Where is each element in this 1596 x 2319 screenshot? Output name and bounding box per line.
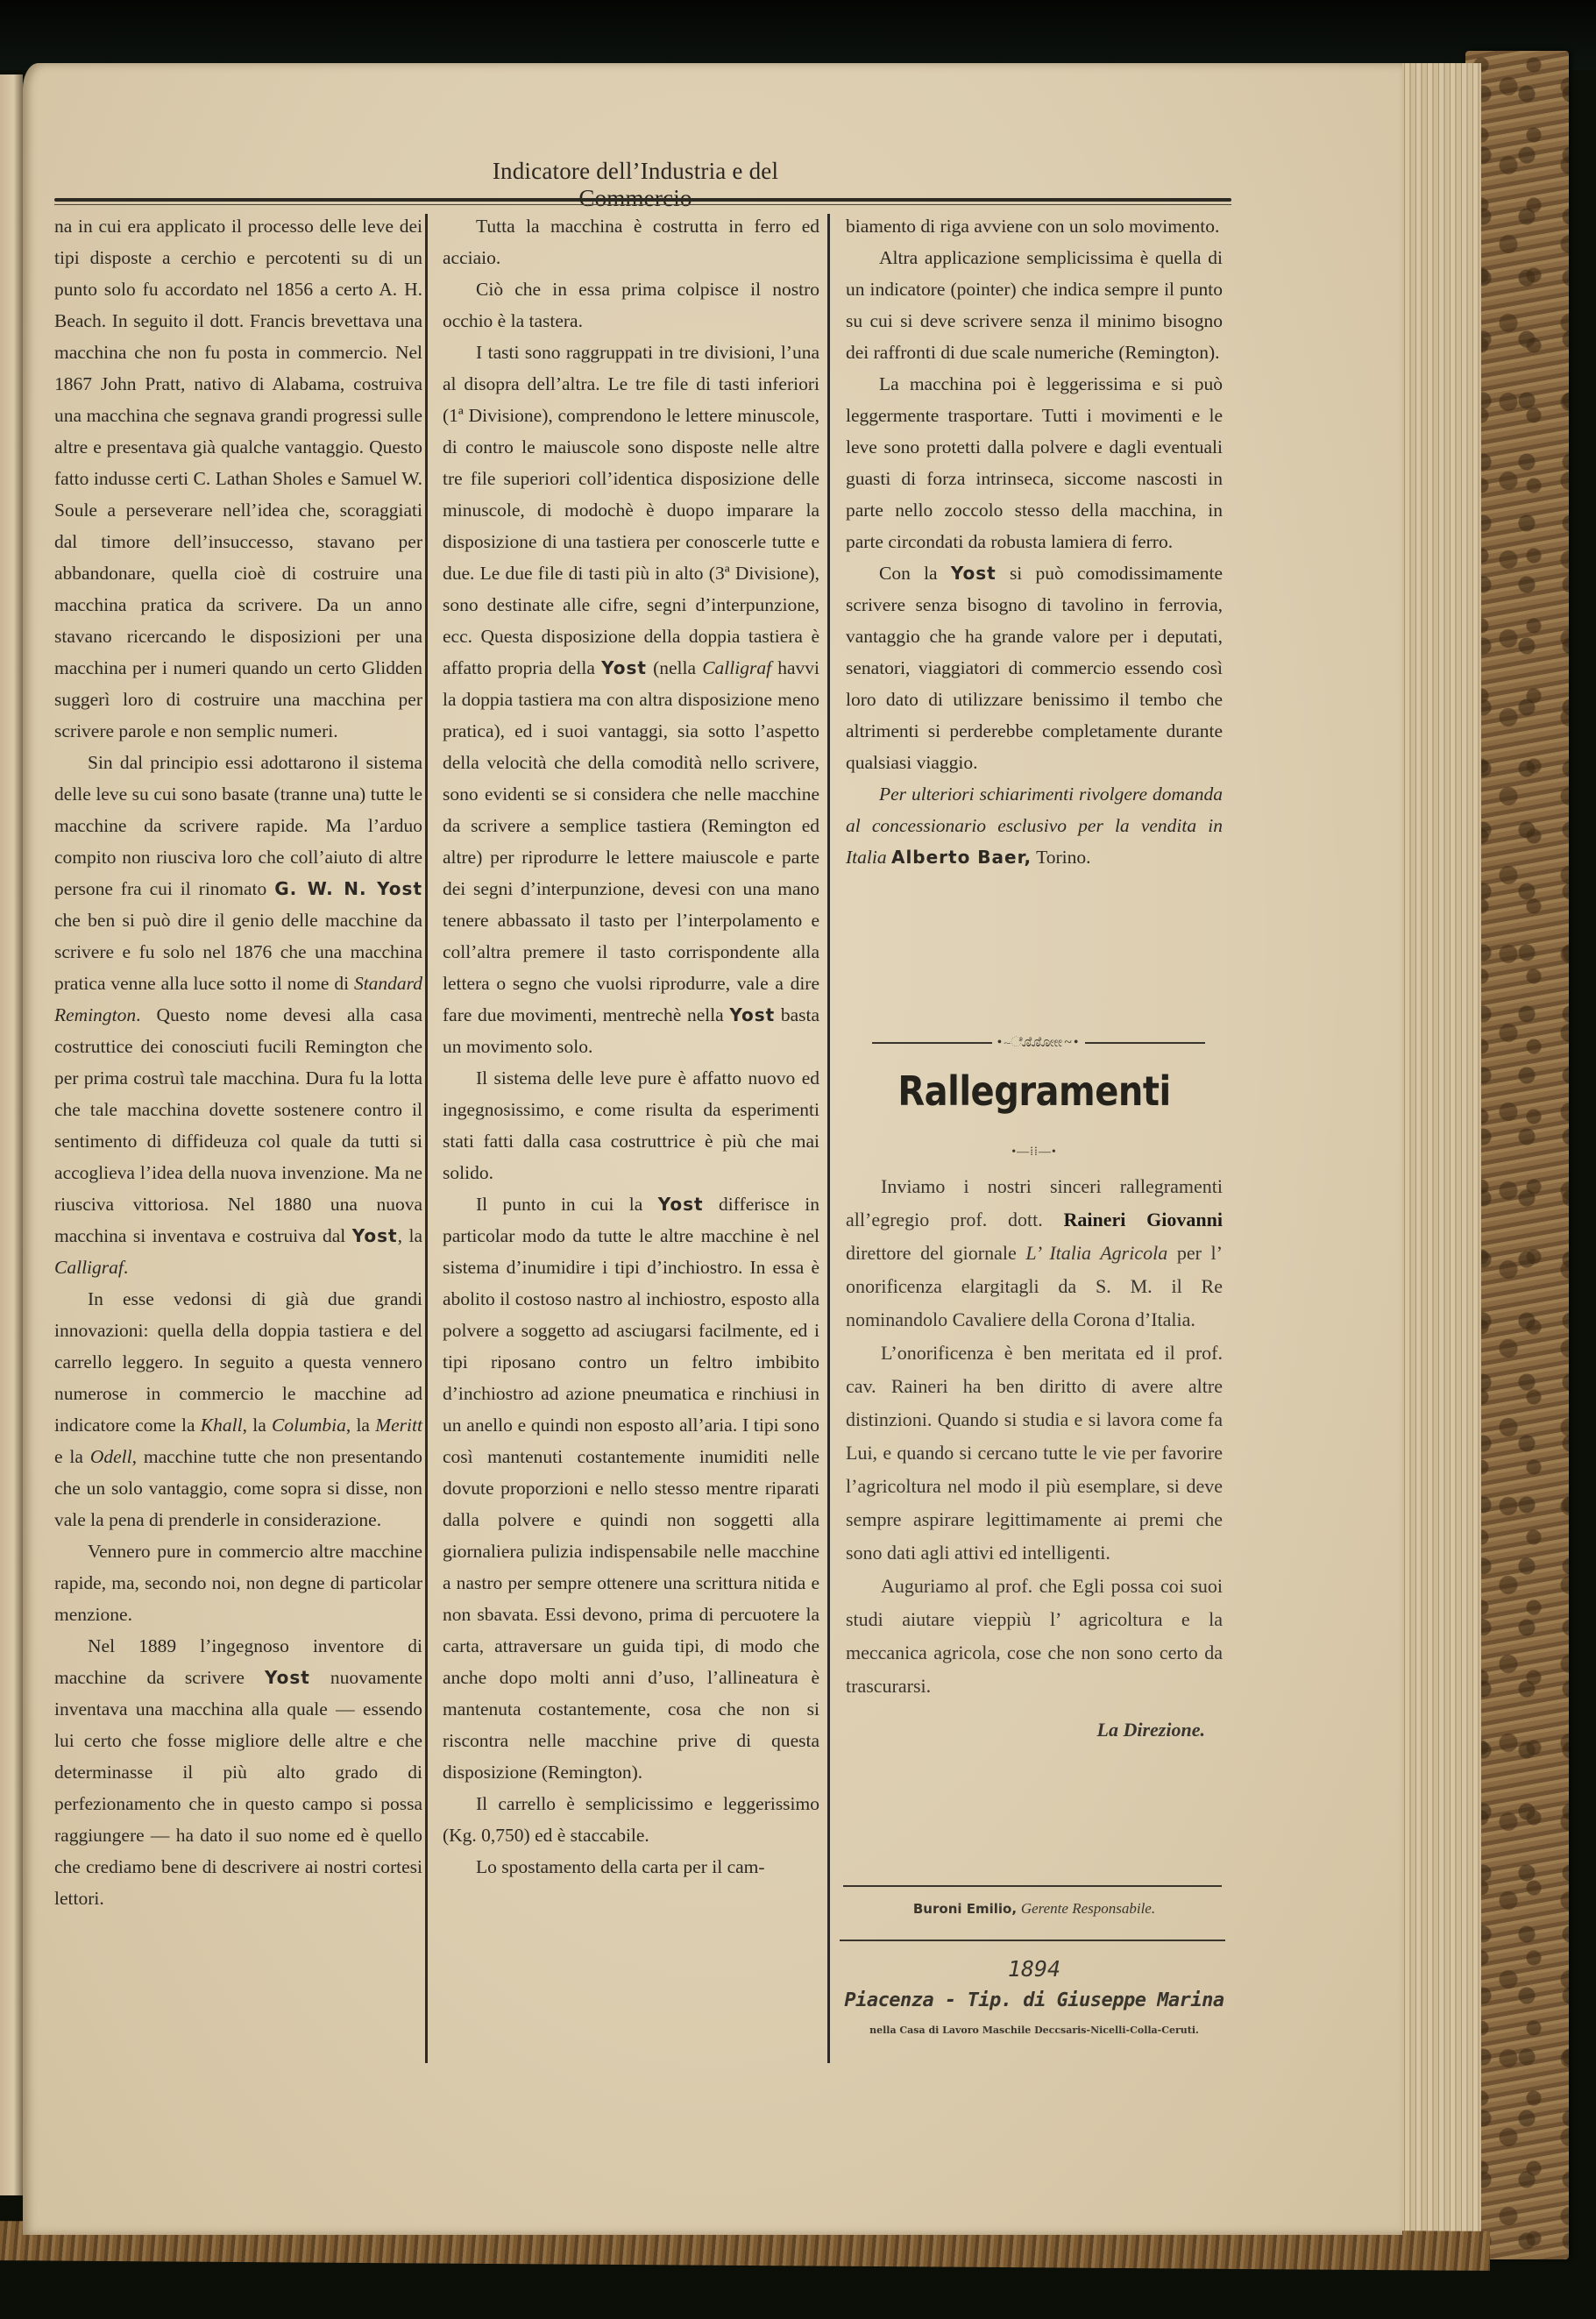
paragraph: Con la Yost si può comodissimamente scri…: [846, 557, 1223, 778]
small-flourish-icon: •—⁞⁞—•: [995, 1145, 1074, 1159]
paragraph: Nel 1889 l’ingegnoso inventore di macchi…: [54, 1630, 422, 1914]
text-run: I tasti sono raggruppati in tre division…: [443, 342, 819, 678]
paragraph: Ciò che in essa prima colpisce il nostro…: [443, 273, 819, 337]
italic-text: Columbia: [272, 1415, 346, 1436]
text-run: differisce in particolar modo da tutte l…: [443, 1194, 819, 1783]
paragraph: Lo spostamento della carta per il cam-: [443, 1851, 819, 1883]
paragraph: I tasti sono raggruppati in tre division…: [443, 337, 819, 1062]
paragraph: Auguriamo al prof. che Egli possa coi su…: [846, 1570, 1223, 1703]
text-run: , la: [398, 1225, 422, 1246]
italic-text: Khall: [201, 1415, 243, 1436]
text-run: direttore del giornale: [846, 1242, 1025, 1264]
responsible-name: Buroni Emilio,: [913, 1901, 1017, 1917]
italic-text: Odell: [90, 1446, 132, 1467]
imprint-rule-top: [843, 1885, 1222, 1887]
text-run: (nella: [647, 657, 702, 678]
paragraph: biamento di riga avviene con un solo mov…: [846, 210, 1223, 242]
paragraph: Vennero pure in commercio altre macchine…: [54, 1535, 422, 1630]
text-run: Ciò che in essa prima colpisce il nostro…: [443, 279, 819, 331]
ornament-line-right: [1085, 1042, 1205, 1044]
paragraph: In esse vedonsi di già due grandi innova…: [54, 1283, 422, 1535]
text-run: In esse vedonsi di già due grandi innova…: [54, 1288, 422, 1436]
text-run: Sin dal principio essi adottarono il sis…: [54, 752, 422, 899]
paragraph: Il sistema delle leve pure è affatto nuo…: [443, 1062, 819, 1188]
text-run: L’onorificenza è ben meritata ed il prof…: [846, 1342, 1223, 1564]
imprint-year: 1894: [846, 1956, 1223, 1982]
text-run: La macchina poi è leggerissima e si può …: [846, 373, 1223, 552]
text-run: Torino.: [1032, 847, 1090, 868]
paragraph: Sin dal principio essi adottarono il sis…: [54, 747, 422, 1283]
section-ornament: •~ೋೋೋ~•: [872, 1037, 1205, 1049]
italic-text: Calligraf: [702, 657, 771, 678]
text-run: na in cui era applicato il processo dell…: [54, 216, 422, 741]
text-run: , la: [346, 1415, 375, 1436]
text-run: si può comodissimamente scrivere senza b…: [846, 563, 1223, 773]
text-run: Il carrello è semplicissimo e leggerissi…: [443, 1793, 819, 1846]
bold-name: Yost: [352, 1225, 398, 1246]
text-run: .: [124, 1257, 128, 1278]
paragraph: La macchina poi è leggerissima e si può …: [846, 368, 1223, 557]
paragraph: Il carrello è semplicissimo e leggerissi…: [443, 1788, 819, 1851]
scan-background: [0, 0, 1596, 70]
imprint-rule-bottom: [840, 1940, 1225, 1941]
paragraph: L’onorificenza è ben meritata ed il prof…: [846, 1337, 1223, 1570]
bold-name: Yost: [601, 657, 647, 678]
column-rule-left: [425, 214, 428, 2063]
text-run: , la: [243, 1415, 272, 1436]
bold-name: Yost: [729, 1004, 775, 1025]
text-run: Il sistema delle leve pure è affatto nuo…: [443, 1067, 819, 1183]
page-stack-edge: [1394, 63, 1481, 2237]
text-run: Il punto in cui la: [476, 1194, 658, 1215]
bold-name: Yost: [658, 1194, 704, 1215]
ornament-line-left: [872, 1042, 992, 1044]
paragraph: Per ulteriori schiarimenti rivolgere dom…: [846, 778, 1223, 873]
paragraph: Il punto in cui la Yost differisce in pa…: [443, 1188, 819, 1788]
imprint-printer: Piacenza - Tip. di Giuseppe Marina: [837, 1989, 1231, 2011]
bold-name: G. W. N. Yost: [274, 878, 422, 899]
signature: La Direzione.: [846, 1713, 1223, 1747]
text-run: Altra applicazione semplicissima è quell…: [846, 247, 1223, 363]
flourish-icon: •~ೋೋೋ~•: [992, 1035, 1086, 1051]
text-run: . Questo nome devesi alla casa costrutti…: [54, 1004, 422, 1246]
rallegramenti-article: Inviamo i nostri sinceri rallegramenti a…: [846, 1170, 1223, 1747]
right-column: biamento di riga avviene con un solo mov…: [846, 210, 1223, 873]
middle-column: Tutta la macchina è costrutta in ferro e…: [443, 210, 819, 1883]
text-run: Auguriamo al prof. che Egli possa coi su…: [846, 1575, 1223, 1697]
section-title: Rallegramenti: [846, 1069, 1223, 1116]
italic-text: L’ Italia Agricola: [1025, 1242, 1167, 1264]
responsible-role: Gerente Responsabile.: [1021, 1900, 1155, 1917]
header-rule: [54, 198, 1231, 202]
text-run: biamento di riga avviene con un solo mov…: [846, 216, 1219, 237]
left-column: na in cui era applicato il processo dell…: [54, 210, 422, 1914]
paragraph: Inviamo i nostri sinceri rallegramenti a…: [846, 1170, 1223, 1337]
text-run: nuovamente inventava una macchina alla q…: [54, 1667, 422, 1909]
text-run: Vennero pure in commercio altre macchine…: [54, 1541, 422, 1625]
text-run: e la: [54, 1446, 90, 1467]
text-run: Raineri Giovanni: [1064, 1209, 1223, 1230]
text-run: havvi la doppia tastiera ma con altra di…: [443, 657, 819, 1025]
column-rule-right: [827, 214, 830, 2063]
italic-text: Meritt: [375, 1415, 422, 1436]
text-run: Lo spostamento della carta per il cam-: [476, 1856, 765, 1877]
paragraph: Altra applicazione semplicissima è quell…: [846, 242, 1223, 368]
header-rule-thin: [54, 204, 1231, 205]
rallegramenti-body: Inviamo i nostri sinceri rallegramenti a…: [846, 1170, 1223, 1703]
paragraph: Tutta la macchina è costrutta in ferro e…: [443, 210, 819, 273]
text-run: Tutta la macchina è costrutta in ferro e…: [443, 216, 819, 268]
italic-text: Calligraf: [54, 1257, 124, 1278]
paragraph: na in cui era applicato il processo dell…: [54, 210, 422, 747]
imprint-responsible: Buroni Emilio, Gerente Responsabile.: [846, 1900, 1223, 1918]
text-run: Con la: [879, 563, 951, 584]
bold-name: Yost: [951, 563, 997, 584]
imprint-address: nella Casa di Lavoro Maschile Deccsaris-…: [837, 2025, 1231, 2036]
previous-page-edge: [0, 74, 23, 2195]
bold-name: Alberto Baer,: [891, 847, 1032, 868]
bold-name: Yost: [265, 1667, 310, 1688]
